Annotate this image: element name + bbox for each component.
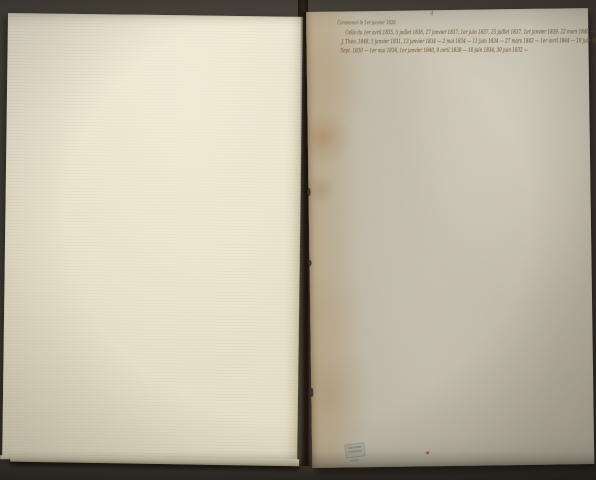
left-blank-page	[2, 13, 303, 460]
torn-edge-chip	[307, 188, 310, 196]
handwriting-line: Sept. 1830 — 1er mai 1836, 1er janvier 1…	[340, 46, 507, 56]
scanned-document-photo: 4 Commencé le 1er janvier 1828 Celle du …	[0, 0, 596, 480]
archive-stamp-mark	[350, 459, 358, 462]
torn-edge-chip	[308, 260, 311, 266]
torn-edge-chip	[310, 388, 313, 397]
page-number-mark: 4	[430, 10, 434, 17]
handwriting-block: Commencé le 1er janvier 1828 Celle du 1e…	[332, 18, 586, 55]
archive-stamp	[344, 442, 366, 458]
red-ink-dot	[426, 451, 429, 454]
right-annotated-page: 4 Commencé le 1er janvier 1828 Celle du …	[306, 8, 594, 468]
